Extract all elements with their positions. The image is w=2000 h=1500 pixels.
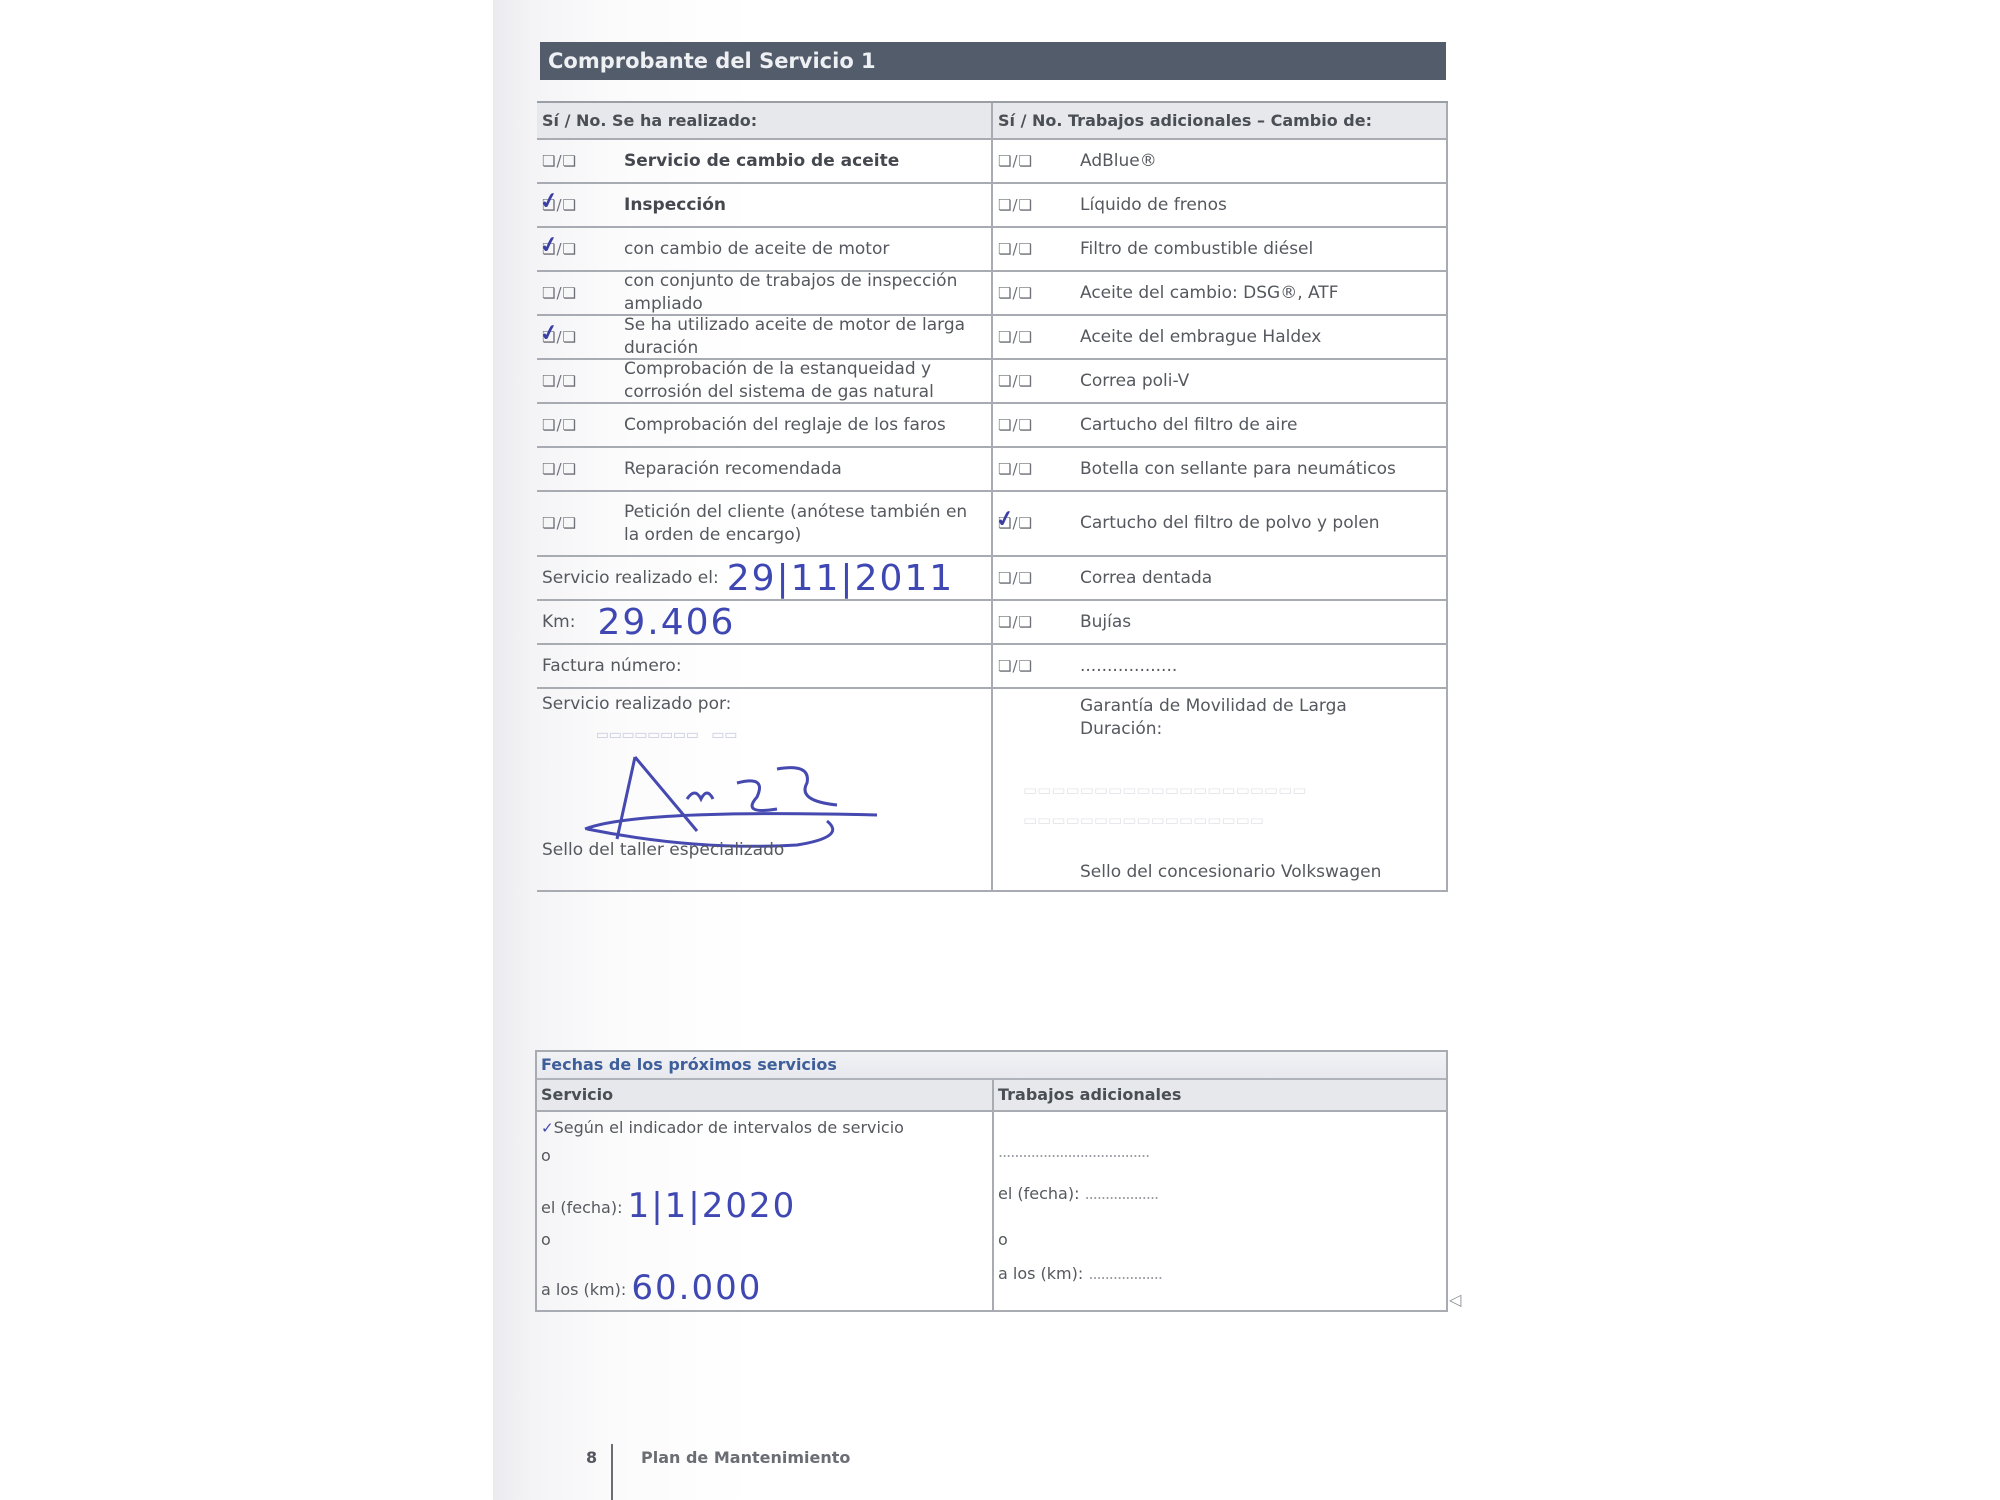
yes-no-checkbox[interactable]: ❏/❏ — [542, 458, 624, 481]
item-label: .................. — [1080, 655, 1446, 678]
item-label: Botella con sellante para neumáticos — [1080, 458, 1446, 481]
additional-work-column: ..................................... el… — [994, 1112, 1446, 1310]
item-label: Inspección — [624, 194, 991, 217]
yes-no-checkbox[interactable]: ❏/❏ — [998, 414, 1080, 437]
service-date-label: Servicio realizado el: — [542, 567, 719, 590]
additional-work-item: ❏/❏✓Cartucho del filtro de polvo y polen — [993, 492, 1448, 555]
item-label: Cartucho del filtro de polvo y polen — [1080, 512, 1446, 535]
table-row: ❏/❏Reparación recomendada❏/❏Botella con … — [537, 448, 1448, 492]
item-label: Correa dentada — [1080, 567, 1446, 590]
service-date-field[interactable]: Servicio realizado el:29|11|2011 — [537, 557, 993, 599]
item-label: Comprobación del reglaje de los faros — [624, 414, 991, 437]
table-row: Km:29.406❏/❏Bujías — [537, 601, 1448, 645]
item-label: Petición del cliente (anótese también en… — [624, 501, 991, 547]
table-row: ❏/❏Petición del cliente (anótese también… — [537, 492, 1448, 557]
workshop-signature-area[interactable]: Servicio realizado por:▭▭▭▭▭▭▭▭ ▭▭Sello … — [537, 689, 993, 890]
yes-no-checkbox[interactable]: ❏/❏ — [542, 150, 624, 173]
table-row: ❏/❏Servicio de cambio de aceite❏/❏AdBlue… — [537, 140, 1448, 184]
next-service-column: ✓Según el indicador de intervalos de ser… — [537, 1112, 994, 1310]
signature-row: Servicio realizado por:▭▭▭▭▭▭▭▭ ▭▭Sello … — [537, 689, 1448, 892]
item-label: Líquido de frenos — [1080, 194, 1446, 217]
workshop-stamp-label: Sello del taller especializado — [542, 839, 784, 862]
yes-no-checkbox[interactable]: ❏/❏ — [998, 611, 1080, 634]
yes-no-checkbox[interactable]: ❏/❏ — [998, 194, 1080, 217]
additional-work-item: ❏/❏Aceite del embrague Haldex — [993, 316, 1448, 358]
km-label: Km: — [542, 611, 575, 634]
signature-icon — [577, 739, 897, 849]
next-km-value: 60.000 — [631, 1268, 762, 1308]
table-row: ❏/❏Comprobación de la estanqueidad y cor… — [537, 360, 1448, 404]
item-label: Filtro de combustible diésel — [1080, 238, 1446, 261]
yes-no-checkbox[interactable]: ❏/❏✓ — [998, 512, 1080, 535]
table-header-row: Sí / No. Se ha realizado: Sí / No. Traba… — [537, 103, 1448, 140]
table-row: ❏/❏✓Se ha utilizado aceite de motor de l… — [537, 316, 1448, 360]
additional-work-item: ❏/❏Correa poli-V — [993, 360, 1448, 402]
yes-no-checkbox[interactable]: ❏/❏ — [998, 370, 1080, 393]
item-label: Aceite del cambio: DSG®, ATF — [1080, 282, 1446, 305]
or-label: o — [998, 1230, 1008, 1249]
table-row: Servicio realizado el:29|11|2011❏/❏Corre… — [537, 557, 1448, 601]
item-label: Aceite del embrague Haldex — [1080, 326, 1446, 349]
yes-no-checkbox[interactable]: ❏/❏ — [998, 655, 1080, 678]
additional-work-item: ❏/❏Líquido de frenos — [993, 184, 1448, 226]
additional-work-item: ❏/❏Aceite del cambio: DSG®, ATF — [993, 272, 1448, 314]
table-row: ❏/❏✓Inspección❏/❏Líquido de frenos — [537, 184, 1448, 228]
yes-no-checkbox[interactable]: ❏/❏ — [998, 326, 1080, 349]
yes-no-checkbox[interactable]: ❏/❏ — [542, 512, 624, 535]
item-label: Servicio de cambio de aceite — [624, 150, 991, 173]
next-date-field[interactable]: el (fecha): 1|1|2020 — [541, 1182, 796, 1222]
km-value: 29.406 — [597, 611, 735, 634]
yes-no-checkbox[interactable]: ❏/❏✓ — [542, 326, 624, 349]
item-label: Comprobación de la estanqueidad y corros… — [624, 358, 991, 404]
next-services-table: Fechas de los próximos servicios Servici… — [535, 1050, 1448, 1312]
page-number: 8 — [586, 1448, 597, 1467]
table-row: ❏/❏Comprobación del reglaje de los faros… — [537, 404, 1448, 448]
service-item: ❏/❏✓con cambio de aceite de motor — [537, 228, 993, 270]
item-label: Se ha utilizado aceite de motor de larga… — [624, 314, 991, 360]
item-label: Cartucho del filtro de aire — [1080, 414, 1446, 437]
next-services-header: Servicio Trabajos adicionales — [537, 1080, 1446, 1112]
additional-work-item: ❏/❏Bujías — [993, 601, 1448, 643]
performed-by-label: Servicio realizado por: — [542, 693, 731, 716]
additional-km-field[interactable]: a los (km): .................. — [998, 1264, 1162, 1283]
item-label: Correa poli-V — [1080, 370, 1446, 393]
service-item: ❏/❏Petición del cliente (anótese también… — [537, 492, 993, 555]
service-item: ❏/❏✓Inspección — [537, 184, 993, 226]
footer-divider — [611, 1444, 613, 1500]
dealer-stamp-area[interactable]: Garantía de Movilidad de Larga Duración:… — [993, 689, 1448, 890]
additional-work-item: ❏/❏Botella con sellante para neumáticos — [993, 448, 1448, 490]
invoice-field[interactable]: Factura número: — [537, 645, 993, 687]
check-mark-icon: ✓ — [538, 188, 561, 214]
yes-no-checkbox[interactable]: ❏/❏ — [998, 567, 1080, 590]
additional-work-blank[interactable]: ..................................... — [998, 1142, 1149, 1161]
service-item: ❏/❏Reparación recomendada — [537, 448, 993, 490]
yes-no-checkbox[interactable]: ❏/❏✓ — [542, 194, 624, 217]
or-label: o — [541, 1146, 551, 1165]
service-date-value: 29|11|2011 — [727, 567, 955, 590]
item-label: Bujías — [1080, 611, 1446, 634]
footer-section-title: Plan de Mantenimiento — [641, 1448, 850, 1467]
table-row: Factura número:❏/❏.................. — [537, 645, 1448, 689]
yes-no-checkbox[interactable]: ❏/❏ — [542, 282, 624, 305]
yes-no-checkbox[interactable]: ❏/❏ — [998, 282, 1080, 305]
service-item: ❏/❏Comprobación de la estanqueidad y cor… — [537, 360, 993, 402]
additional-date-field[interactable]: el (fecha): .................. — [998, 1184, 1158, 1203]
service-header: Servicio — [537, 1080, 994, 1110]
service-item: ❏/❏Servicio de cambio de aceite — [537, 140, 993, 182]
additional-work-item: ❏/❏AdBlue® — [993, 140, 1448, 182]
item-label: con conjunto de trabajos de inspección a… — [624, 270, 991, 316]
bleed-through-text: ▭▭▭▭▭▭▭▭▭▭▭▭▭▭▭▭▭ — [1023, 809, 1264, 832]
yes-no-checkbox[interactable]: ❏/❏ — [998, 150, 1080, 173]
additional-work-item: ❏/❏Filtro de combustible diésel — [993, 228, 1448, 270]
invoice-label: Factura número: — [542, 655, 682, 678]
next-km-field[interactable]: a los (km): 60.000 — [541, 1264, 762, 1304]
yes-no-checkbox[interactable]: ❏/❏ — [998, 458, 1080, 481]
yes-no-checkbox[interactable]: ❏/❏ — [542, 370, 624, 393]
yes-no-checkbox[interactable]: ❏/❏ — [998, 238, 1080, 261]
interval-indicator-option[interactable]: ✓Según el indicador de intervalos de ser… — [541, 1118, 904, 1137]
check-icon: ✓ — [541, 1119, 554, 1137]
additional-work-header: Trabajos adicionales — [994, 1080, 1446, 1110]
service-item: ❏/❏Comprobación del reglaje de los faros — [537, 404, 993, 446]
page-corner-mark-icon: ◁ — [1449, 1290, 1461, 1309]
next-date-value: 1|1|2020 — [628, 1186, 797, 1226]
item-label: con cambio de aceite de motor — [624, 238, 991, 261]
bleed-through-text: ▭▭▭▭▭▭▭▭▭▭▭▭▭▭▭▭▭▭▭▭ — [1023, 779, 1306, 802]
additional-work-item: ❏/❏Cartucho del filtro de aire — [993, 404, 1448, 446]
next-services-title: Fechas de los próximos servicios — [537, 1052, 1446, 1080]
item-label: AdBlue® — [1080, 150, 1446, 173]
additional-work-item: ❏/❏.................. — [993, 645, 1448, 687]
check-mark-icon: ✓ — [538, 320, 561, 346]
check-mark-icon: ✓ — [994, 506, 1017, 532]
left-column-header: Sí / No. Se ha realizado: — [537, 103, 993, 138]
yes-no-checkbox[interactable]: ❏/❏ — [542, 414, 624, 437]
service-record-table: Sí / No. Se ha realizado: Sí / No. Traba… — [537, 101, 1448, 892]
km-field[interactable]: Km:29.406 — [537, 601, 993, 643]
right-column-header: Sí / No. Trabajos adicionales – Cambio d… — [993, 103, 1448, 138]
mobility-guarantee-label: Garantía de Movilidad de Larga Duración: — [1080, 695, 1420, 741]
or-label: o — [541, 1230, 551, 1249]
yes-no-checkbox[interactable]: ❏/❏✓ — [542, 238, 624, 261]
table-row: ❏/❏✓con cambio de aceite de motor❏/❏Filt… — [537, 228, 1448, 272]
page-title: Comprobante del Servicio 1 — [540, 42, 1446, 80]
dealer-stamp-label: Sello del concesionario Volkswagen — [1080, 861, 1381, 884]
check-mark-icon: ✓ — [538, 232, 561, 258]
additional-work-item: ❏/❏Correa dentada — [993, 557, 1448, 599]
service-item: ❏/❏con conjunto de trabajos de inspecció… — [537, 272, 993, 314]
table-row: ❏/❏con conjunto de trabajos de inspecció… — [537, 272, 1448, 316]
service-item: ❏/❏✓Se ha utilizado aceite de motor de l… — [537, 316, 993, 358]
item-label: Reparación recomendada — [624, 458, 991, 481]
